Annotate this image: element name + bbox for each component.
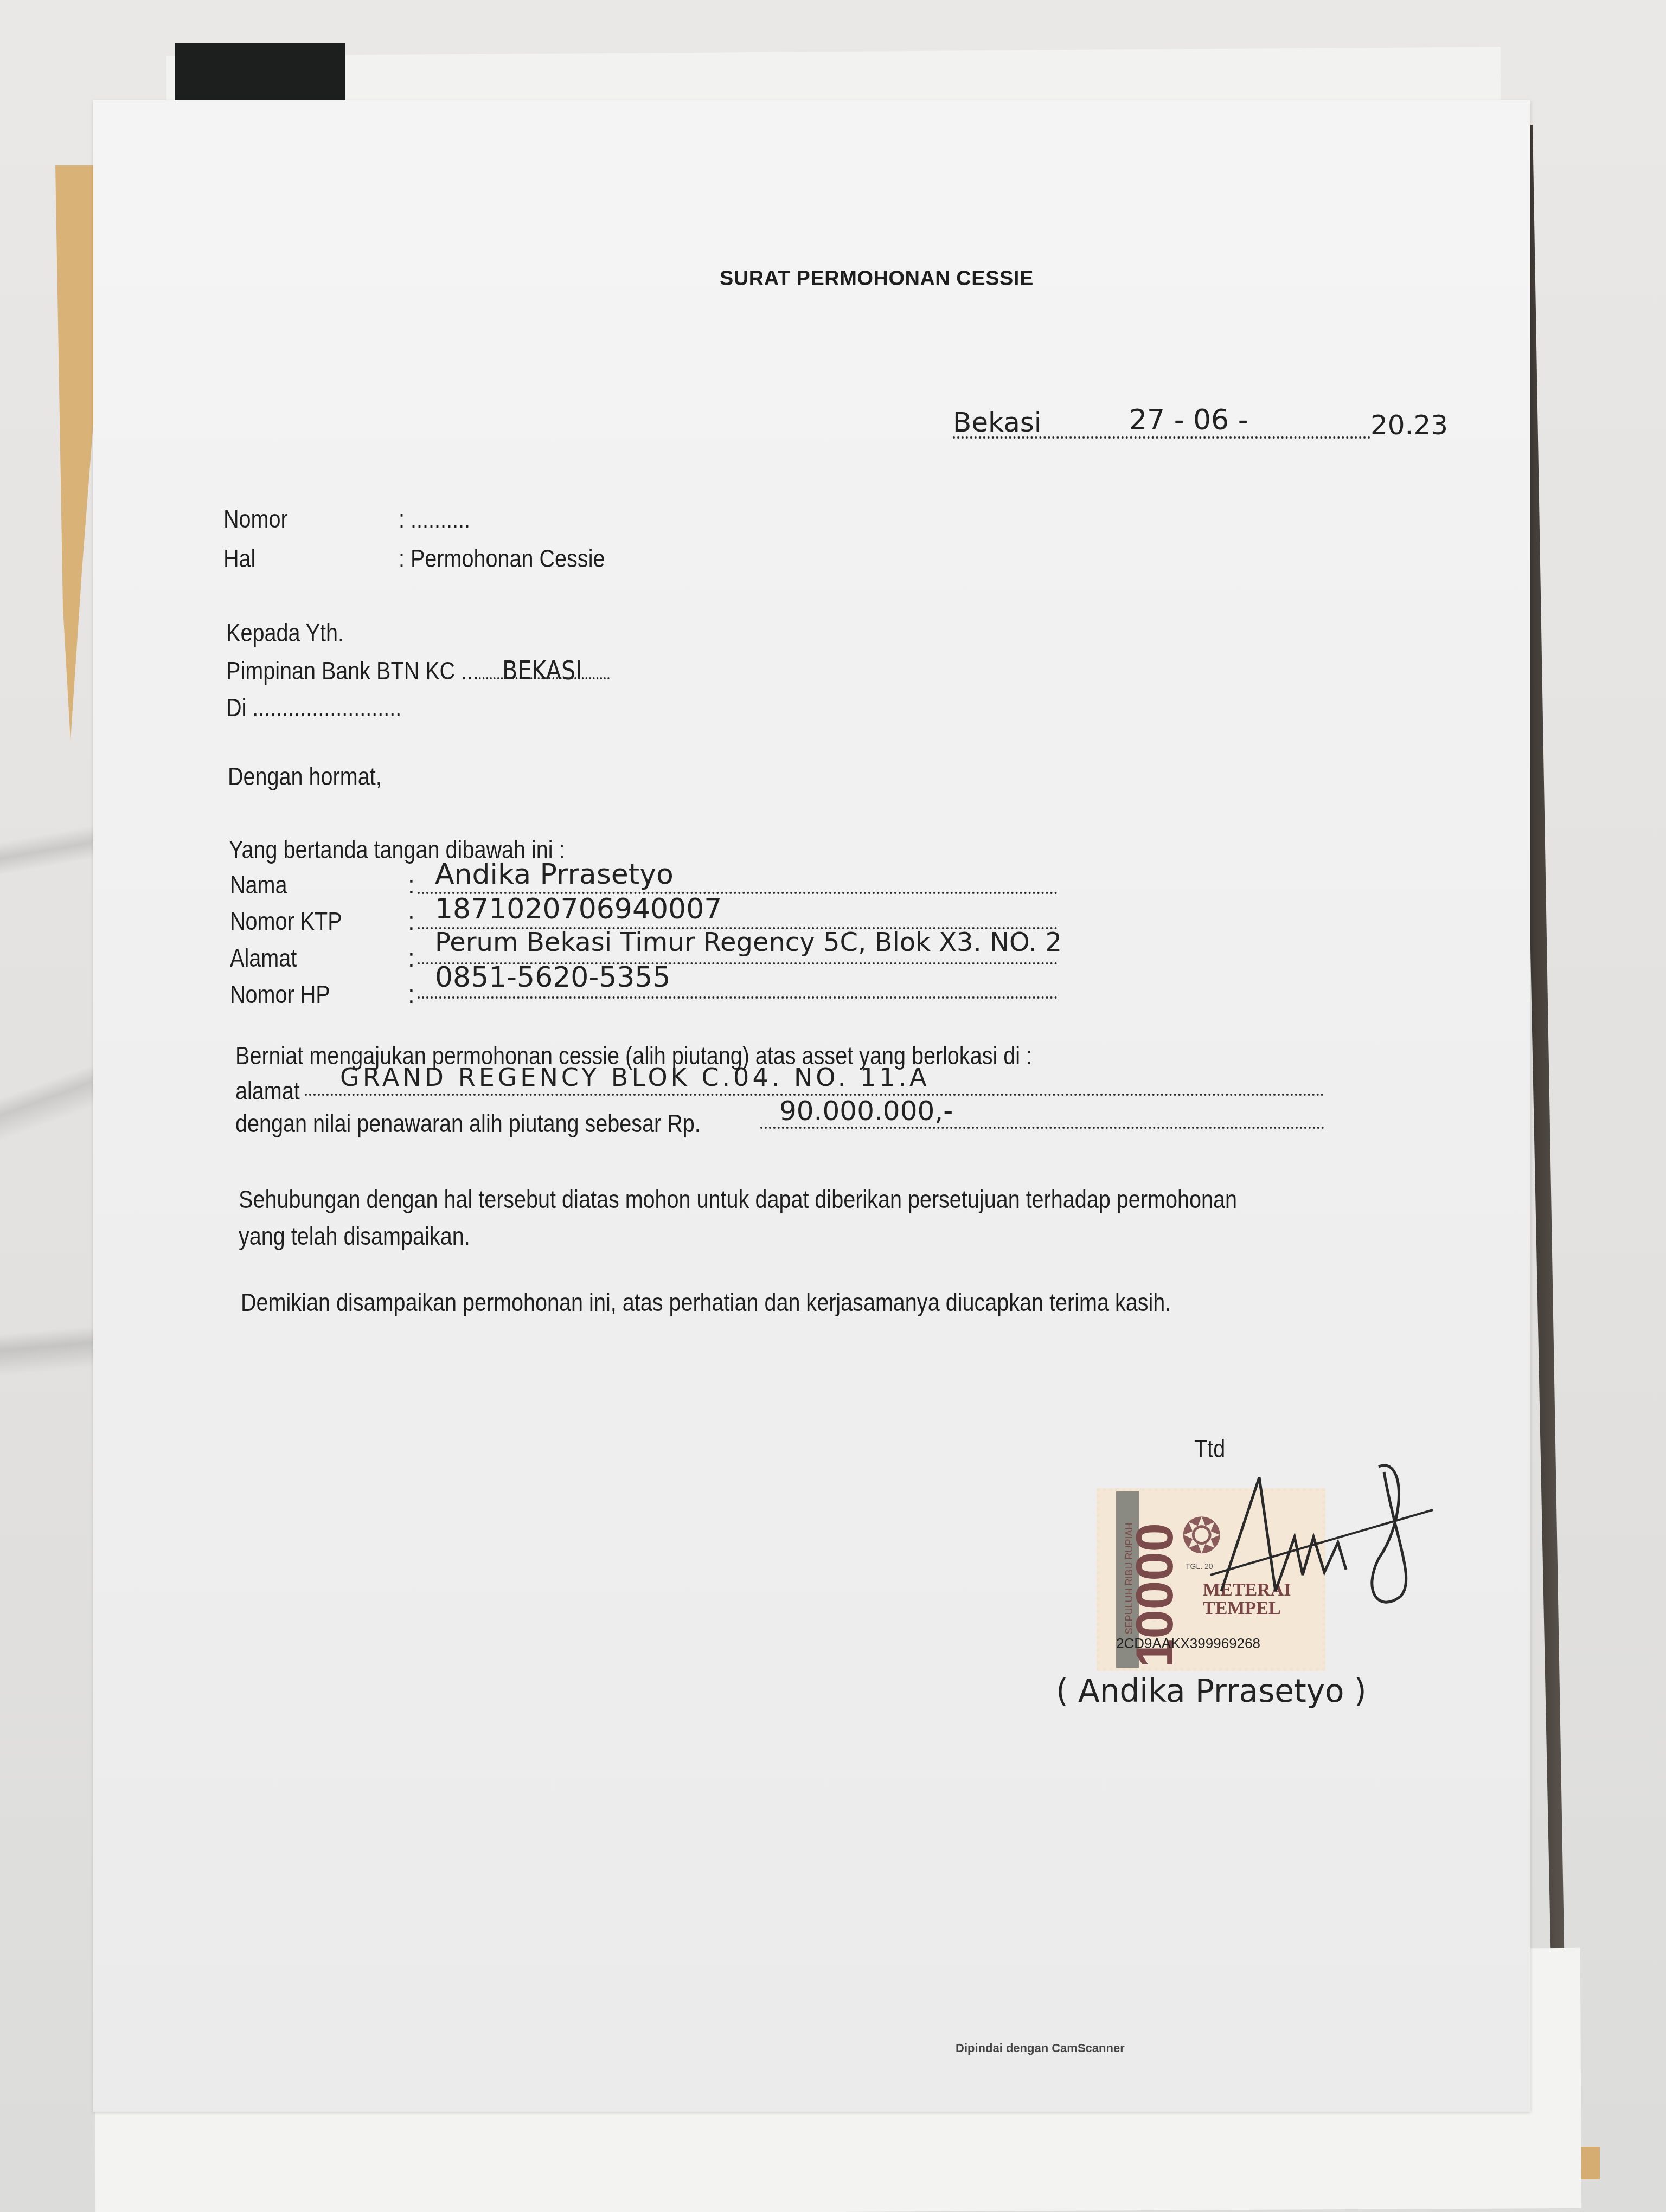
folder-gap-shadow <box>1524 125 1567 2131</box>
field-value-alamat: Perum Bekasi Timur Regency 5C, Blok X3. … <box>435 927 1062 957</box>
letter-page: SURAT PERMOHONAN CESSIE Bekasi 27 - 06 -… <box>93 100 1530 2112</box>
recipient-bank-line: Pimpinan Bank BTN KC ...BEKASI <box>226 656 610 685</box>
date-day-month: 27 - 06 - <box>1129 404 1248 436</box>
field-value-ktp: 1871020706940007 <box>435 893 722 925</box>
recipient-branch: BEKASI <box>502 655 582 686</box>
date-line: Bekasi 27 - 06 - 20.23 <box>953 404 1473 443</box>
field-label-alamat: Alamat <box>230 943 297 973</box>
hal-value: : Permohonan Cessie <box>399 544 605 573</box>
paragraph1-line2: yang telah disampaikan. <box>239 1221 470 1251</box>
handwritten-signature <box>1200 1456 1525 1629</box>
colon: : <box>408 906 415 936</box>
date-city: Bekasi <box>953 407 1042 438</box>
field-value-nama: Andika Prrasetyo <box>435 858 674 891</box>
camscanner-footer: Dipindai dengan CamScanner <box>956 2041 1125 2055</box>
field-label-ktp: Nomor KTP <box>230 906 342 936</box>
recipient-greeting: Kepada Yth. <box>226 618 344 647</box>
salutation: Dengan hormat, <box>228 762 382 791</box>
asset-address-value: GRAND REGENCY BLOK C.04. NO. 11.A <box>340 1063 930 1092</box>
field-value-hp: 0851-5620-5355 <box>435 961 671 994</box>
colon: : <box>408 870 415 899</box>
field-label-nama: Nama <box>230 870 287 899</box>
stamp-serial: 2CD9AAKX399969268 <box>1116 1635 1260 1652</box>
recipient-di: Di ......................... <box>226 693 401 722</box>
offer-label: dengan nilai penawaran alih piutang sebe… <box>235 1109 701 1138</box>
asset-address-label: alamat <box>235 1076 300 1105</box>
black-binder-tab <box>175 43 345 108</box>
letter-title: SURAT PERMOHONAN CESSIE <box>720 267 1034 291</box>
colon: : <box>408 980 415 1009</box>
date-year: 20.23 <box>1370 409 1448 441</box>
colon: : <box>408 943 415 973</box>
field-label-hp: Nomor HP <box>230 980 330 1009</box>
nomor-label: Nomor <box>223 504 288 533</box>
hal-label: Hal <box>223 544 255 573</box>
paragraph1-line1: Sehubungan dengan hal tersebut diatas mo… <box>239 1185 1237 1214</box>
signer-name: ( Andika Prrasetyo ) <box>1056 1673 1367 1709</box>
paragraph2: Demikian disampaikan permohonan ini, ata… <box>241 1288 1171 1317</box>
marble-surface <box>0 759 98 1572</box>
offer-value: 90.000.000,- <box>779 1095 953 1127</box>
recipient-bank-prefix: Pimpinan Bank BTN KC ... <box>226 657 479 685</box>
nomor-value: : .......... <box>399 504 470 533</box>
recipient-branch-field: BEKASI <box>479 677 610 679</box>
